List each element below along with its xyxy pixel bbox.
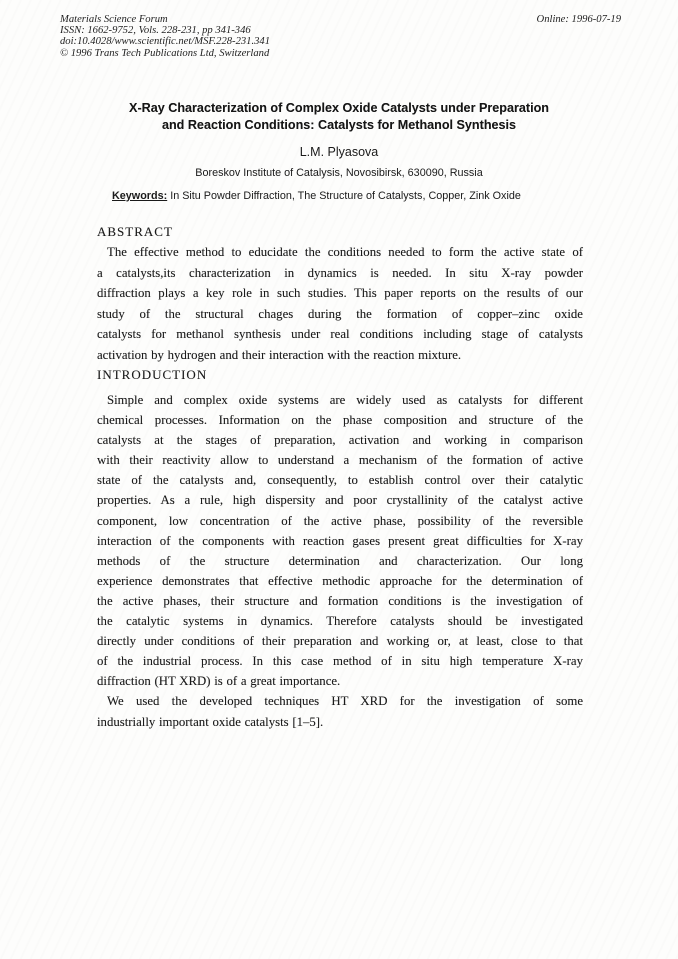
text-line: The effective method to educidate the co…	[97, 242, 583, 263]
issn-volume-pages: ISSN: 1662-9752, Vols. 228-231, pp 341-3…	[60, 25, 270, 36]
doi-line: doi:10.4028/www.scientific.net/MSF.228-2…	[60, 36, 270, 47]
text-line: diffraction (HT XRD) is of a great impor…	[97, 671, 583, 691]
text-line: Simple and complex oxide systems are wid…	[97, 390, 583, 410]
text-line: the active phases, their structure and f…	[97, 591, 583, 611]
author-name: L.M. Plyasova	[0, 145, 678, 159]
text-line: activation by hydrogen and their interac…	[97, 345, 583, 366]
keywords-text: In Situ Powder Diffraction, The Structur…	[167, 190, 521, 202]
journal-name: Materials Science Forum	[60, 14, 270, 25]
text-line: component, low concentration of the acti…	[97, 511, 583, 531]
abstract-heading: ABSTRACT	[97, 224, 583, 240]
abstract-text: The effective method to educidate the co…	[97, 242, 583, 365]
text-line: catalysts at the stages of preparation, …	[97, 430, 583, 450]
journal-metadata: Materials Science Forum ISSN: 1662-9752,…	[60, 14, 270, 59]
text-line: with their reactivity allow to understan…	[97, 450, 583, 470]
journal-header: Materials Science Forum ISSN: 1662-9752,…	[60, 14, 621, 59]
introduction-text: Simple and complex oxide systems are wid…	[97, 390, 583, 732]
text-line: properties. As a rule, high dispersity a…	[97, 490, 583, 510]
author-affiliation: Boreskov Institute of Catalysis, Novosib…	[0, 167, 678, 179]
text-line: state of the catalysts and, consequently…	[97, 470, 583, 490]
keywords-line: Keywords: In Situ Powder Diffraction, Th…	[112, 190, 618, 202]
text-line: directly under conditions of their prepa…	[97, 631, 583, 651]
paper-title-line-2: and Reaction Conditions: Catalysts for M…	[0, 117, 678, 134]
text-line: the catalytic systems in dynamics. There…	[97, 611, 583, 631]
text-line: study of the structural chages during th…	[97, 304, 583, 325]
paper-title-line-1: X-Ray Characterization of Complex Oxide …	[0, 100, 678, 117]
text-line: experience demonstrates that effective m…	[97, 571, 583, 591]
document-page: Materials Science Forum ISSN: 1662-9752,…	[0, 0, 678, 959]
text-line: catalysts for methanol synthesis under r…	[97, 324, 583, 345]
paper-title: X-Ray Characterization of Complex Oxide …	[0, 100, 678, 133]
text-line: a catalysts,its characterization in dyna…	[97, 263, 583, 284]
abstract-section: ABSTRACT The effective method to educida…	[97, 224, 583, 365]
text-line: chemical processes. Information on the p…	[97, 410, 583, 430]
copyright-line: © 1996 Trans Tech Publications Ltd, Swit…	[60, 48, 270, 59]
keywords-label: Keywords:	[112, 190, 167, 202]
text-line: interaction of the components with react…	[97, 531, 583, 551]
text-line: diffraction plays a key role in such stu…	[97, 283, 583, 304]
text-line: industrially important oxide catalysts […	[97, 712, 583, 732]
introduction-heading: INTRODUCTION	[97, 367, 583, 383]
text-line: of the industrial process. In this case …	[97, 651, 583, 671]
text-line: We used the developed techniques HT XRD …	[97, 691, 583, 711]
introduction-section: INTRODUCTION Simple and complex oxide sy…	[97, 367, 583, 732]
text-line: methods of the structure determination a…	[97, 551, 583, 571]
online-date: Online: 1996-07-19	[537, 14, 621, 59]
